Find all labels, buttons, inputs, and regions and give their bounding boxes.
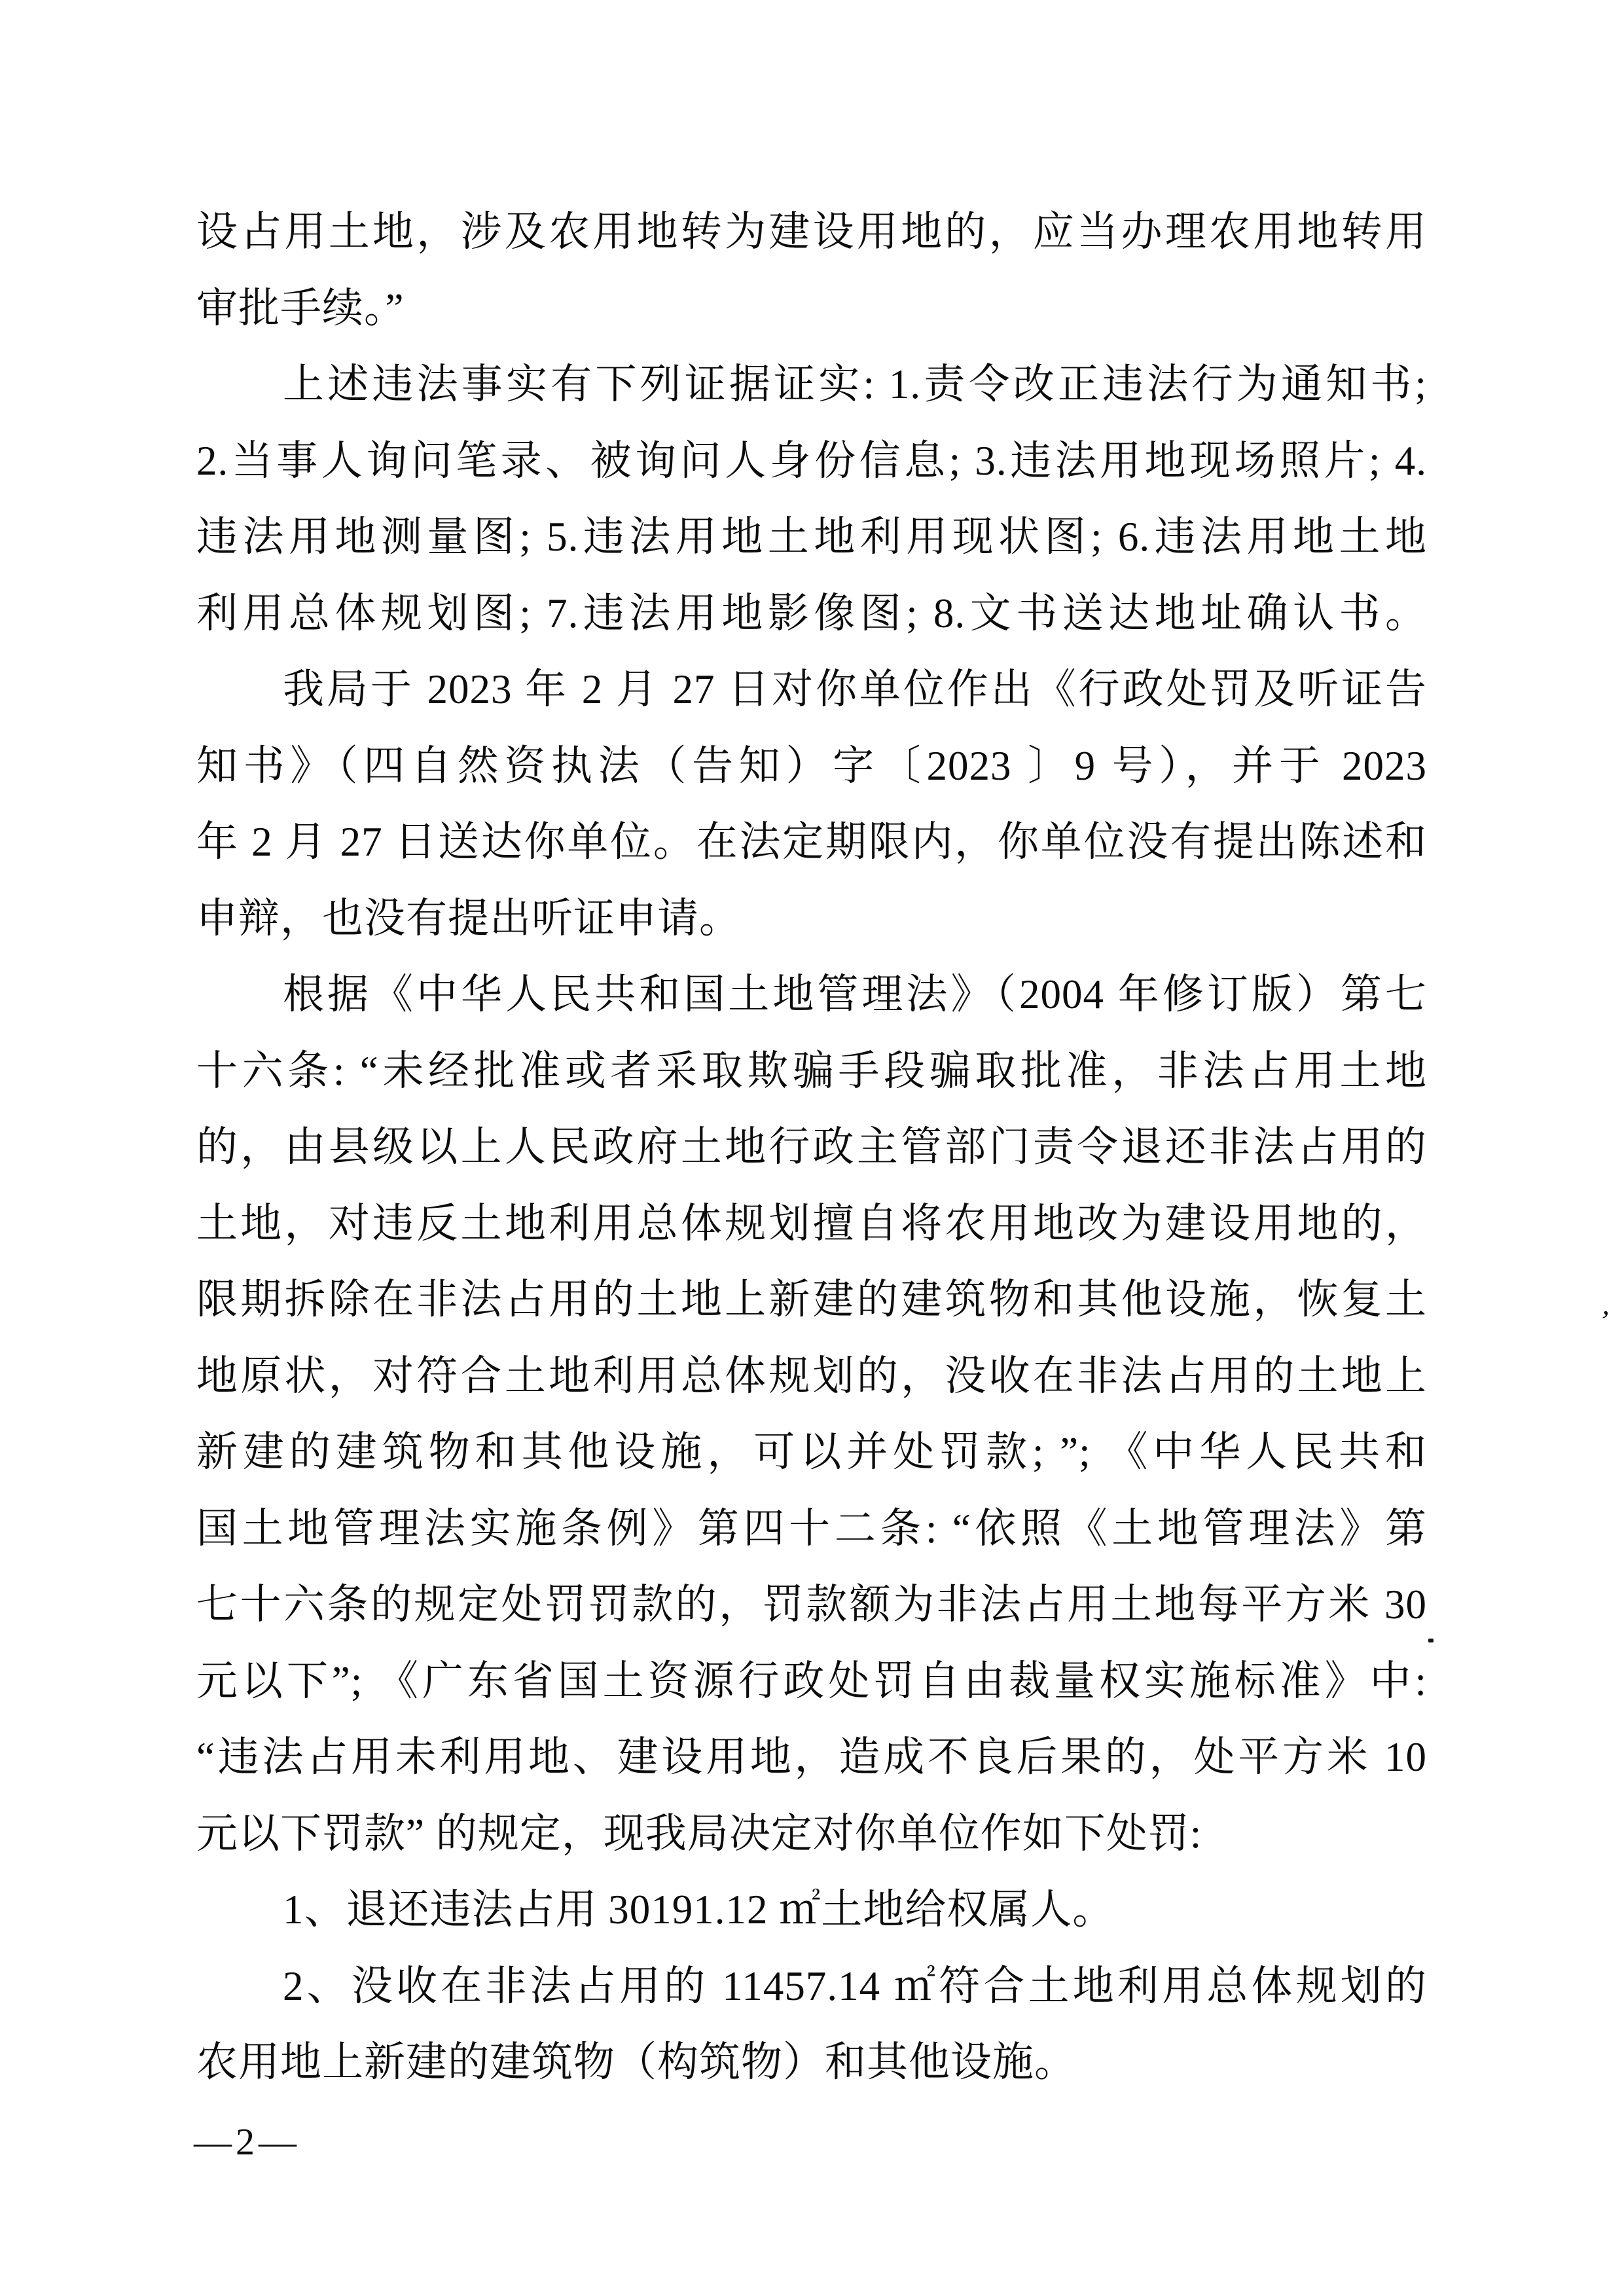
document-line: 知书》（四自然资执法（告知）字〔2023 〕9 号），并于 2023 [196,728,1427,805]
document-line: 农用地上新建的建筑物（构筑物）和其他设施。 [196,2024,1427,2101]
document-line: 地原状，对符合土地利用总体规划的，没收在非法占用的土地上 [196,1338,1427,1415]
document-line: 七十六条的规定处罚罚款的，罚款额为非法占用土地每平方米 30 [196,1567,1427,1643]
document-line: 1、退还违法占用 30191.12 ㎡土地给权属人。 [196,1872,1427,1948]
document-line: 设占用土地，涉及农用地转为建设用地的，应当办理农用地转用 [196,194,1427,270]
document-line: 违法用地测量图; 5.违法用地土地利用现状图; 6.违法用地土地 [196,499,1427,575]
document-line: “违法占用未利用地、建设用地，造成不良后果的，处平方米 10 [196,1719,1427,1796]
document-line: 元以下罚款” 的规定，现我局决定对你单位作如下处罚: [196,1796,1427,1872]
document-line: 我局于 2023 年 2 月 27 日对你单位作出《行政处罚及听证告 [196,651,1427,728]
document-line: 年 2 月 27 日送达你单位。在法定期限内，你单位没有提出陈述和 [196,804,1427,880]
document-body: 设占用土地，涉及农用地转为建设用地的，应当办理农用地转用审批手续。”上述违法事实… [196,194,1427,2101]
document-line: 土地，对违反土地利用总体规划擅自将农用地改为建设用地的， [196,1186,1427,1262]
document-line: 元以下”; 《广东省国土资源行政处罚自由裁量权实施标准》中: [196,1643,1427,1720]
document-line: 限期拆除在非法占用的土地上新建的建筑物和其他设施，恢复土 [196,1261,1427,1338]
document-line: 的，由县级以上人民政府土地行政主管部门责令退还非法占用的 [196,1109,1427,1186]
document-page: 设占用土地，涉及农用地转为建设用地的，应当办理农用地转用审批手续。”上述违法事实… [0,0,1624,2286]
scan-artifact-mark: ’ [1598,1306,1612,1336]
scan-artifact-dot [1428,1639,1434,1642]
document-line: 根据《中华人民共和国土地管理法》（2004 年修订版）第七 [196,956,1427,1033]
page-number: —2— [194,2116,300,2168]
document-line: 利用总体规划图; 7.违法用地影像图; 8.文书送达地址确认书。 [196,575,1427,652]
document-line: 2、没收在非法占用的 11457.14 ㎡符合土地利用总体规划的 [196,1948,1427,2025]
document-line: 2.当事人询问笔录、被询问人身份信息; 3.违法用地现场照片; 4. [196,423,1427,499]
document-line: 十六条: “未经批准或者采取欺骗手段骗取批准，非法占用土地 [196,1033,1427,1110]
document-line: 国土地管理法实施条例》第四十二条: “依照《土地管理法》第 [196,1491,1427,1567]
document-line: 申辩，也没有提出听证申请。 [196,880,1427,957]
document-line: 上述违法事实有下列证据证实: 1.责令改正违法行为通知书; [196,346,1427,423]
document-line: 新建的建筑物和其他设施，可以并处罚款; ”; 《中华人民共和 [196,1414,1427,1491]
document-line: 审批手续。” [196,270,1427,347]
